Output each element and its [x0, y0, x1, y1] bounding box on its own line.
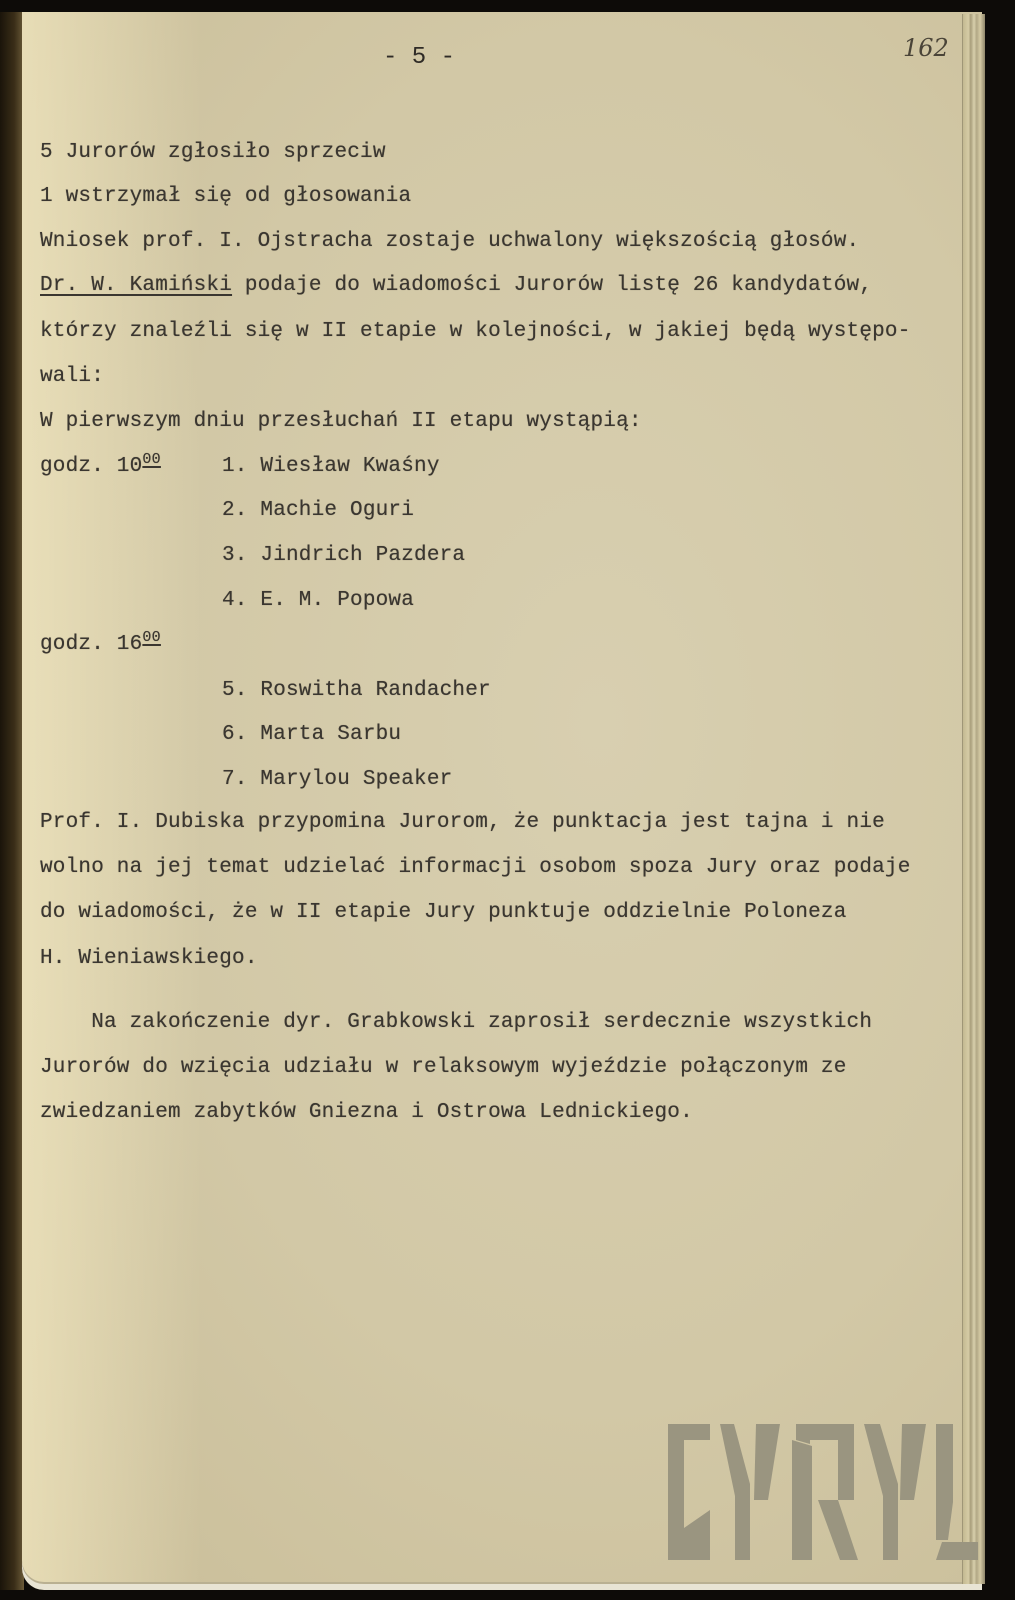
text-line: którzy znaleźli się w II etapie w kolejn… [40, 321, 911, 342]
time-label: godz. 16 [40, 633, 142, 656]
text-line: Na zakończenie dyr. Grabkowski zaprosił … [40, 1012, 872, 1033]
text-line: zwiedzaniem zabytków Gniezna i Ostrowa L… [40, 1102, 693, 1123]
text-line: do wiadomości, że w II etapie Jury punkt… [40, 902, 847, 923]
stacked-page-edges [962, 14, 985, 1584]
cyryl-watermark-logo [668, 1424, 978, 1560]
session-time-2: godz. 1600 [40, 634, 161, 655]
candidate-item: 4. E. M. Popowa [222, 590, 414, 611]
session-time-1: godz. 1000 [40, 456, 161, 477]
candidate-item: 6. Marta Sarbu [222, 724, 401, 745]
time-minutes: 00 [142, 451, 160, 468]
text-line: Wniosek prof. I. Ojstracha zostaje uchwa… [40, 231, 859, 252]
candidate-item: 5. Roswitha Randacher [222, 680, 491, 701]
text-line: H. Wieniawskiego. [40, 948, 258, 969]
candidate-item: 1. Wiesław Kwaśny [222, 456, 440, 477]
text-line: W pierwszym dniu przesłuchań II etapu wy… [40, 411, 642, 432]
text-span: podaje do wiadomości Jurorów listę 26 ka… [232, 274, 872, 297]
text-line: 1 wstrzymał się od głosowania [40, 186, 411, 207]
candidate-item: 7. Marylou Speaker [222, 769, 452, 790]
text-line: Dr. W. Kamiński podaje do wiadomości Jur… [40, 275, 872, 296]
text-line: Prof. I. Dubiska przypomina Jurorom, że … [40, 812, 885, 833]
text-line: wolno na jej temat udzielać informacji o… [40, 857, 911, 878]
text-line: 5 Jurorów zgłosiło sprzeciw [40, 142, 386, 163]
time-minutes: 00 [142, 629, 160, 646]
text-line: Jurorów do wzięcia udziału w relaksowym … [40, 1057, 847, 1078]
page-marker: - 5 - [383, 44, 455, 71]
binding-shadow [0, 12, 24, 1590]
time-label: godz. 10 [40, 455, 142, 478]
scanned-document: - 5 - 162 5 Jurorów zgłosiło sprzeciw 1 … [0, 0, 1015, 1600]
underlined-name: Dr. W. Kamiński [40, 274, 232, 297]
candidate-item: 2. Machie Oguri [222, 500, 414, 521]
candidate-item: 3. Jindrich Pazdera [222, 545, 465, 566]
text-line: wali: [40, 366, 104, 387]
folio-number: 162 [903, 34, 949, 62]
